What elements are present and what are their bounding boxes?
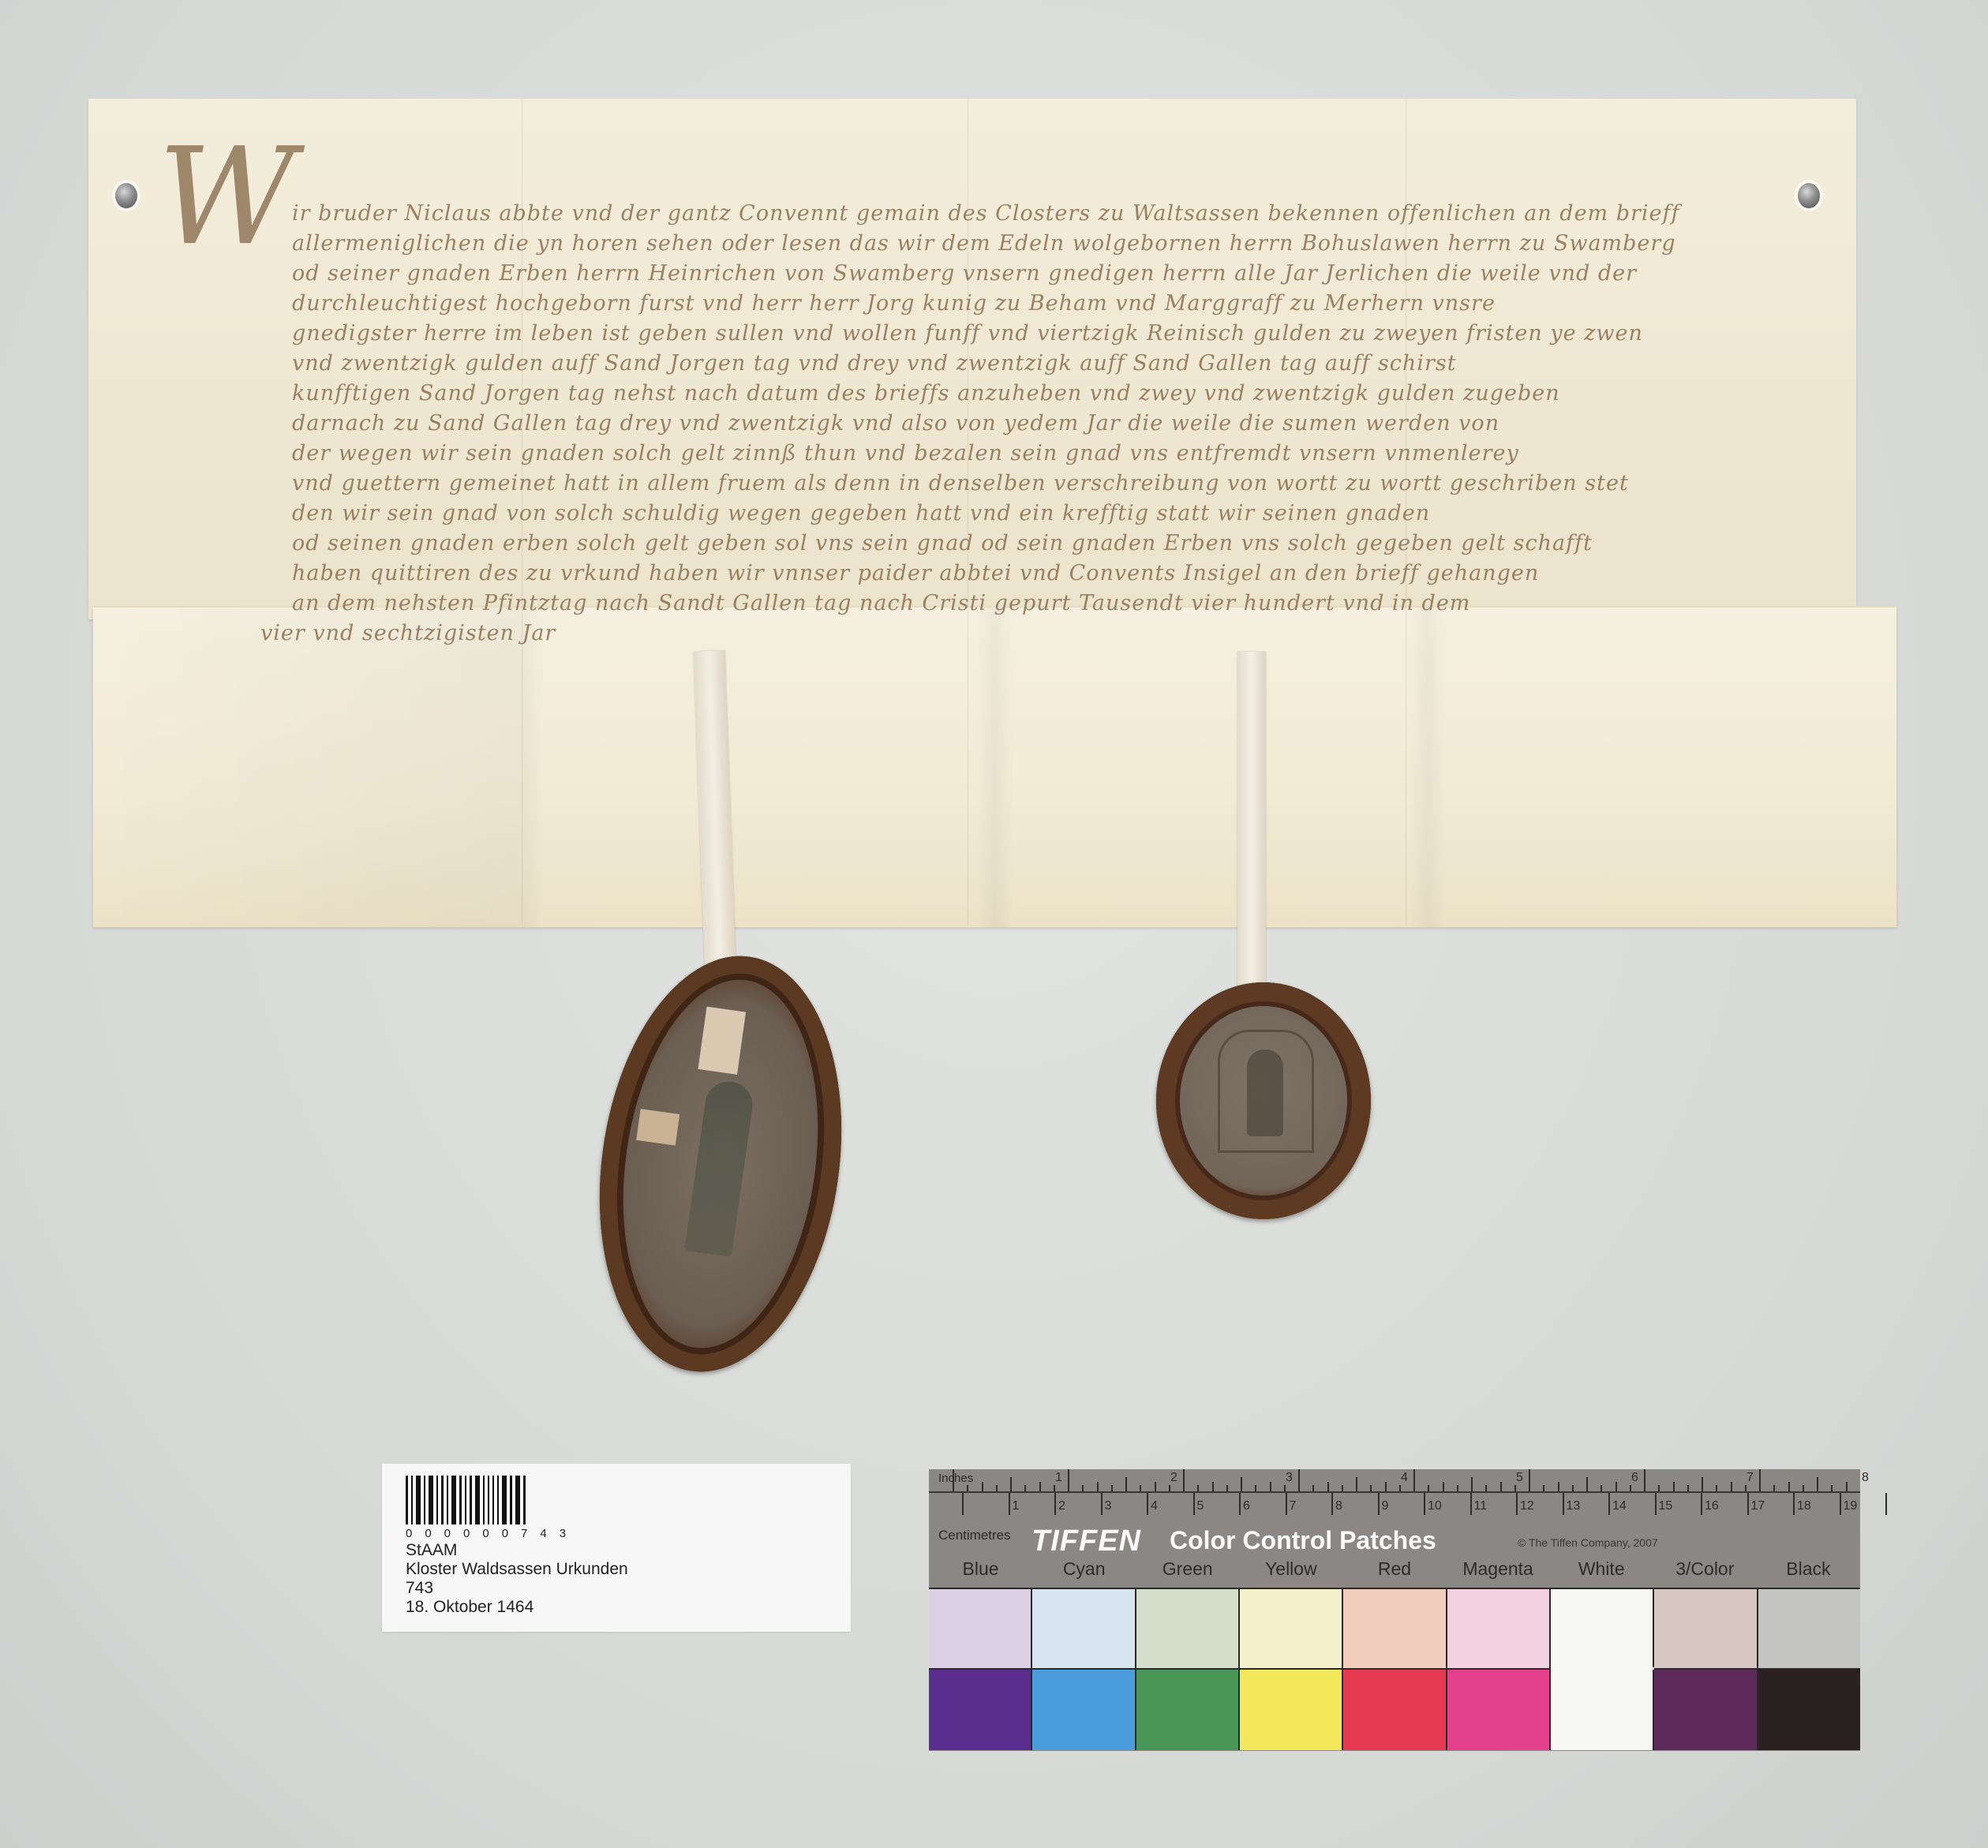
product-title: Color Control Patches <box>1170 1526 1436 1555</box>
ruler-tick <box>1356 1477 1357 1491</box>
cm-tick-label: 17 <box>1751 1499 1765 1513</box>
color-patch-dark <box>1136 1670 1240 1750</box>
ruler-tick <box>1885 1493 1887 1515</box>
ruler-tick <box>1747 1493 1749 1515</box>
color-patch-light <box>1343 1589 1447 1670</box>
ruler-tick <box>1054 1485 1055 1491</box>
label-text: StAAM Kloster Waldsassen Urkunden 743 18… <box>406 1541 628 1617</box>
charter-text-line: an dem nehsten Pfintztag nach Sandt Gall… <box>292 591 1768 618</box>
ruler-tick <box>1370 1485 1372 1491</box>
patch-label: Red <box>1342 1558 1446 1582</box>
ruler-tick <box>1608 1493 1610 1515</box>
ruler-tick <box>1644 1469 1645 1491</box>
cm-tick-label: 6 <box>1243 1499 1250 1513</box>
ruler-tick <box>1558 1482 1559 1491</box>
ruler-tick <box>1658 1485 1660 1491</box>
ruler-tick <box>1010 1477 1012 1491</box>
patch-row-light <box>929 1588 1860 1670</box>
charter-text-line: darnach zu Sand Gallen tag drey vnd zwen… <box>292 411 1768 438</box>
inch-tick-label: 1 <box>1055 1471 1062 1485</box>
inch-tick-label: 4 <box>1401 1471 1408 1485</box>
charter-text-line: vnd zwentzigk gulden auff Sand Jorgen ta… <box>292 351 1768 378</box>
cm-tick-label: 2 <box>1058 1499 1065 1513</box>
ruler-inches: Inches 12345678 <box>929 1469 1860 1493</box>
ruler-tick <box>1009 1493 1010 1515</box>
ruler-tick <box>1255 1485 1256 1491</box>
ruler-tick <box>1312 1485 1314 1491</box>
ruler-tick <box>1563 1493 1564 1515</box>
ruler-tick <box>1716 1485 1717 1491</box>
ruler-tick <box>1428 1485 1429 1491</box>
color-patch-light <box>1032 1589 1136 1670</box>
inch-tick-label: 5 <box>1516 1471 1523 1485</box>
cm-tick-label: 8 <box>1335 1499 1342 1513</box>
ruler-tick <box>1286 1493 1287 1515</box>
patch-label: 3/Color <box>1653 1558 1757 1582</box>
ruler-tick <box>1082 1485 1084 1491</box>
ruler-tick <box>996 1485 998 1491</box>
inch-tick-label: 8 <box>1862 1471 1869 1485</box>
ruler-tick <box>1331 1493 1333 1515</box>
ruler-tick <box>1147 1493 1148 1515</box>
ruler-tick <box>1193 1493 1195 1515</box>
cm-tick-label: 9 <box>1382 1499 1389 1513</box>
ruler-tick <box>1586 1477 1588 1491</box>
ruler-tick <box>1687 1485 1689 1491</box>
ruler-tick <box>1470 1493 1472 1515</box>
ruler-tick <box>1413 1469 1415 1491</box>
patch-label: Cyan <box>1032 1558 1136 1582</box>
color-patch-dark <box>1758 1670 1860 1750</box>
ruler-tick <box>1817 1477 1818 1491</box>
cm-tick-label: 11 <box>1474 1499 1488 1513</box>
color-patch-light <box>1240 1589 1343 1670</box>
charter-text-line: ir bruder Niclaus abbte vnd der gantz Co… <box>292 201 1768 228</box>
ruler-tick <box>1529 1469 1530 1491</box>
ruler-tick <box>1788 1482 1790 1491</box>
inches-label: Inches <box>938 1472 973 1485</box>
cm-tick-label: 7 <box>1290 1499 1297 1513</box>
charter-text-line: gnedigster herre im leben ist geben sull… <box>292 321 1768 348</box>
color-control-chart: Inches 12345678 123456789101112131415161… <box>929 1469 1860 1751</box>
ruler-tick <box>1155 1482 1156 1491</box>
charter-text-line: durchleuchtigest hochgeborn furst vnd he… <box>292 291 1768 318</box>
color-patch-light <box>1447 1589 1551 1670</box>
cm-tick-label: 15 <box>1659 1499 1673 1513</box>
ruler-tick <box>1701 1493 1702 1515</box>
ruler-tick <box>1572 1485 1574 1491</box>
ruler-tick <box>1471 1477 1473 1491</box>
label-repository: StAAM <box>406 1541 628 1560</box>
ruler-tick <box>1424 1493 1425 1515</box>
ruler-tick <box>1378 1493 1380 1515</box>
copyright-notice: © The Tiffen Company, 2007 <box>1518 1536 1658 1549</box>
ruler-tick <box>1169 1485 1170 1491</box>
color-patch-dark <box>1240 1670 1343 1750</box>
inch-tick-label: 3 <box>1286 1471 1293 1485</box>
cm-tick-label: 12 <box>1520 1499 1534 1513</box>
patch-label: White <box>1550 1558 1653 1582</box>
color-patch-dark <box>1032 1670 1136 1750</box>
ruler-tick <box>1399 1485 1401 1491</box>
ruler-tick <box>1485 1485 1487 1491</box>
patch-label: Black <box>1757 1558 1860 1582</box>
patch-row-dark <box>929 1668 1860 1750</box>
seal-enthroned-figure-icon <box>1247 1049 1283 1136</box>
charter-text-line: allermeniglichen die yn horen sehen oder… <box>292 231 1768 258</box>
charter-text-line: vnd guettern gemeinet hatt in allem frue… <box>292 471 1768 498</box>
barcode <box>406 1476 529 1524</box>
archive-label: 000000743 StAAM Kloster Waldsassen Urkun… <box>382 1464 851 1632</box>
ruler-tick <box>1385 1482 1387 1491</box>
ruler-tick <box>1702 1477 1703 1491</box>
ruler-tick <box>1212 1482 1214 1491</box>
seal-figure-icon <box>684 1079 755 1257</box>
ruler-tick <box>982 1482 983 1491</box>
seal-repair-patch <box>698 1007 746 1075</box>
color-patch-dark <box>929 1670 1032 1750</box>
color-patch-dark <box>1343 1670 1447 1750</box>
ruler-tick <box>1731 1482 1732 1491</box>
ruler-tick <box>1443 1482 1444 1491</box>
ruler-tick <box>1615 1482 1617 1491</box>
ruler-tick <box>1601 1485 1602 1491</box>
cm-tick-label: 5 <box>1197 1499 1204 1513</box>
cm-tick-label: 16 <box>1705 1499 1719 1513</box>
ruler-tick <box>1226 1485 1228 1491</box>
centimetres-label: Centimetres <box>938 1528 1011 1543</box>
ruler-tick <box>1655 1493 1657 1515</box>
ruler-tick <box>1514 1485 1516 1491</box>
ruler-tick <box>1673 1482 1675 1491</box>
ruler-tick <box>1140 1485 1141 1491</box>
cm-tick-label: 4 <box>1151 1499 1158 1513</box>
wax-seal-abbot <box>575 941 867 1388</box>
cm-tick-label: 3 <box>1105 1499 1112 1513</box>
patch-label: Yellow <box>1239 1558 1342 1582</box>
charter-text-line: od seiner gnaden Erben herrn Heinrichen … <box>292 261 1768 288</box>
cm-tick-label: 1 <box>1013 1499 1020 1513</box>
charter-text-line: haben quittiren des zu vrkund haben wir … <box>292 561 1768 588</box>
seal-repair-patch <box>636 1109 680 1146</box>
charter-text-line: od seinen gnaden erben solch gelt geben … <box>292 531 1768 558</box>
ruler-tick <box>1327 1482 1329 1491</box>
ruler-tick <box>1239 1493 1241 1515</box>
ruler-tick <box>1111 1485 1113 1491</box>
cm-tick-label: 13 <box>1567 1499 1581 1513</box>
charter-text-line: vier vnd sechtzigisten Jar <box>260 621 1768 648</box>
ruler-tick <box>1516 1493 1518 1515</box>
color-patch-dark <box>1447 1670 1551 1750</box>
inch-tick-label: 7 <box>1747 1471 1754 1485</box>
ruler-tick <box>1241 1477 1242 1491</box>
ruler-tick <box>1125 1477 1127 1491</box>
ruler-tick <box>1342 1485 1343 1491</box>
color-patch-dark <box>1551 1670 1654 1750</box>
cm-tick-label: 19 <box>1844 1499 1858 1513</box>
mounting-magnet-icon <box>115 183 137 208</box>
inch-tick-label: 6 <box>1631 1471 1638 1485</box>
ruler-tick <box>1068 1469 1069 1491</box>
ruler-tick <box>967 1485 968 1491</box>
ruler-tick <box>1793 1493 1795 1515</box>
ruler-tick <box>1097 1482 1099 1491</box>
ruler-tick <box>1457 1485 1458 1491</box>
ruler-tick <box>1745 1485 1747 1491</box>
ruler-tick <box>1630 1485 1631 1491</box>
tiffen-logo: TIFFEN <box>1031 1524 1141 1558</box>
charter-text-line: den wir sein gnad von solch schuldig weg… <box>292 501 1768 528</box>
ruler-tick <box>1197 1485 1199 1491</box>
ruler-tick <box>1270 1482 1271 1491</box>
cm-tick-label: 18 <box>1797 1499 1811 1513</box>
charter-text-line: kunfftigen Sand Jorgen tag nehst nach da… <box>292 381 1768 408</box>
ruler-tick <box>1054 1493 1056 1515</box>
ruler-tick <box>1500 1482 1502 1491</box>
wax-seal-convent <box>1156 982 1371 1219</box>
ruler-tick <box>1298 1469 1300 1491</box>
ruler-tick <box>1846 1482 1848 1491</box>
seal-strap-right <box>1237 652 1266 991</box>
cm-tick-label: 14 <box>1612 1499 1627 1513</box>
color-patch-light <box>1758 1589 1860 1670</box>
ruler-tick <box>1101 1493 1103 1515</box>
ruler-tick <box>1803 1485 1804 1491</box>
color-patch-light <box>1136 1589 1240 1670</box>
ruler-tick <box>953 1469 954 1491</box>
label-number: 743 <box>406 1579 628 1598</box>
charter-text: ir bruder Niclaus abbte vnd der gantz Co… <box>292 201 1768 651</box>
ruler-tick <box>1039 1482 1041 1491</box>
inch-tick-label: 2 <box>1170 1471 1177 1485</box>
ruler-tick <box>1773 1485 1775 1491</box>
color-patch-dark <box>1654 1670 1758 1750</box>
ruler-tick <box>1284 1485 1286 1491</box>
ruler-tick <box>1831 1485 1833 1491</box>
barcode-digits: 000000743 <box>406 1527 578 1540</box>
ruler-centimetres: 12345678910111213141516171819 <box>929 1493 1860 1517</box>
label-collection: Kloster Waldsassen Urkunden <box>406 1560 628 1579</box>
ruler-tick <box>1840 1493 1841 1515</box>
parchment-plica-fold <box>93 606 1896 927</box>
ruler-tick <box>1543 1485 1544 1491</box>
ruler-tick <box>1759 1469 1761 1491</box>
ruler-tick <box>1024 1485 1026 1491</box>
ruler-tick <box>1183 1469 1185 1491</box>
patch-labels: BlueCyanGreenYellowRedMagentaWhite3/Colo… <box>929 1558 1860 1582</box>
color-patch-light <box>1654 1589 1758 1670</box>
cm-tick-label: 10 <box>1428 1499 1442 1513</box>
color-patch-light <box>929 1589 1032 1670</box>
patch-label: Blue <box>929 1558 1032 1582</box>
ruler-tick <box>962 1493 964 1515</box>
label-date: 18. Oktober 1464 <box>406 1598 628 1617</box>
color-patch-light <box>1551 1589 1654 1670</box>
charter-text-line: der wegen wir sein gnaden solch gelt zin… <box>292 441 1768 468</box>
patch-label: Green <box>1136 1558 1239 1582</box>
mounting-magnet-icon <box>1798 183 1820 208</box>
patch-label: Magenta <box>1447 1558 1550 1582</box>
